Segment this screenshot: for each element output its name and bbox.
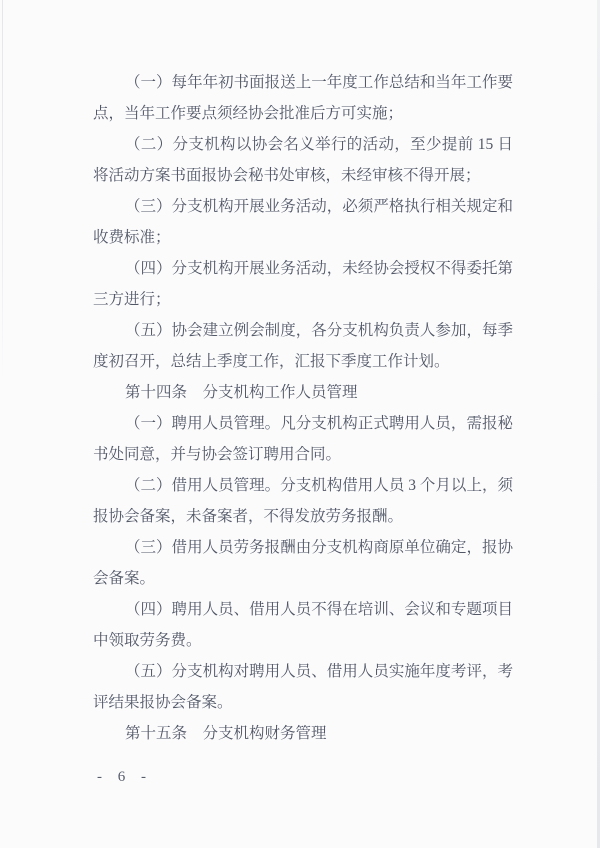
article-heading: 第十四条 分支机构工作人员管理 — [93, 377, 513, 408]
paragraph: （二）借用人员管理。分支机构借用人员 3 个月以上，须报协会备案，未备案者，不得… — [93, 470, 513, 532]
article-heading: 第十五条 分支机构财务管理 — [93, 718, 513, 749]
paragraph: （一）每年年初书面报送上一年度工作总结和当年工作要点，当年工作要点须经协会批准后… — [93, 67, 513, 129]
paragraph: （三）借用人员劳务报酬由分支机构商原单位确定，报协会备案。 — [93, 532, 513, 594]
paragraph: （二）分支机构以协会名义举行的活动，至少提前 15 日将活动方案书面报协会秘书处… — [93, 129, 513, 191]
document-text-block: （一）每年年初书面报送上一年度工作总结和当年工作要点，当年工作要点须经协会批准后… — [93, 67, 513, 749]
paragraph: （一）聘用人员管理。凡分支机构正式聘用人员，需报秘书处同意，并与协会签订聘用合同… — [93, 408, 513, 470]
paragraph: （五）协会建立例会制度，各分支机构负责人参加，每季度初召开，总结上季度工作，汇报… — [93, 315, 513, 377]
page-number: - 6 - — [97, 762, 152, 793]
paragraph: （五）分支机构对聘用人员、借用人员实施年度考评，考评结果报协会备案。 — [93, 656, 513, 718]
paragraph: （四）分支机构开展业务活动，未经协会授权不得委托第三方进行； — [93, 253, 513, 315]
page-edge-artifact-left — [2, 0, 3, 380]
paragraph: （三）分支机构开展业务活动，必须严格执行相关规定和收费标准； — [93, 191, 513, 253]
scanned-document-page: { "doc": { "paragraphs": [ "（一）每年年初书面报送上… — [0, 0, 600, 848]
paragraph: （四）聘用人员、借用人员不得在培训、会议和专题项目中领取劳务费。 — [93, 594, 513, 656]
